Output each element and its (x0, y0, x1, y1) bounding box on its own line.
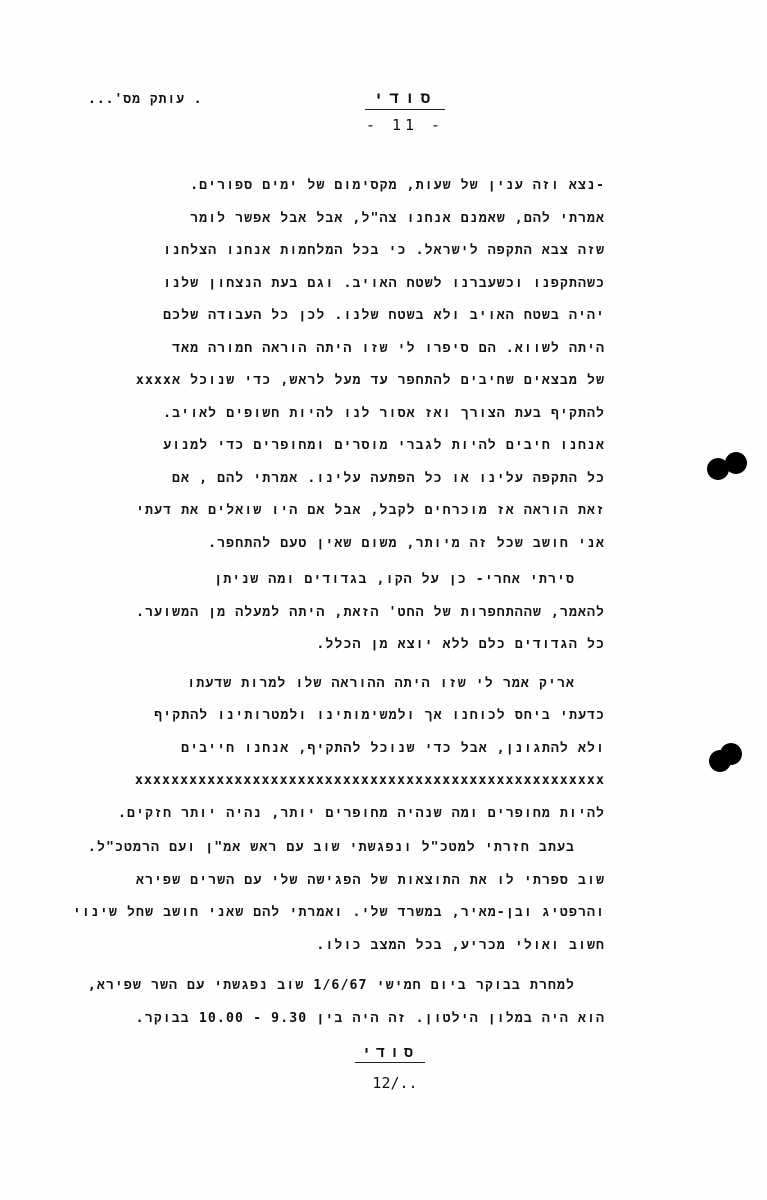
text-line: להתקיף בעת הצורך ואז אסור לנו להיות חשופ… (150, 398, 605, 431)
classification-header: סודי (365, 88, 445, 110)
text-line: בעתב חזרתי למטכ"ל ונפגשתי שוב עם ראש אמ"… (150, 832, 605, 865)
text-line: היתה לשווא. הם סיפרו לי שזו היתה הוראה ח… (150, 333, 605, 366)
classification-footer: סודי (355, 1043, 425, 1063)
text-line: חשוב ואולי מכריע, בכל המצב כולו. (150, 930, 605, 963)
text-line: להאמר, שההתחפרות של החט' הזאת, היתה למעל… (150, 597, 605, 630)
text-line: למחרת בבוקר ביום חמישי 1/6/67 שוב נפגשתי… (150, 970, 605, 1003)
copy-number-marking: . עותק מס'... (88, 92, 203, 107)
text-line: הוא היה במלון הילטון. זה היה בין 9.30 - … (150, 1003, 605, 1036)
text-line: אריק אמר לי שזו היתה ההוראה שלו למרות שד… (150, 668, 605, 701)
text-line: -נצא וזה ענין של שעות, מקסימום של ימים ס… (150, 170, 605, 203)
text-line: שוב ספרתי לו את התוצאות של הפגישה שלי עם… (150, 865, 605, 898)
text-line: אני חושב שכל זה מיותר, משום שאין טעם להת… (150, 528, 605, 561)
text-line: ולא להתגונן, אבל כדי שנוכל להתקיף, אנחנו… (150, 733, 605, 766)
text-line: יהיה בשטח האויב ולא בשטח שלנו. לכן כל הע… (150, 300, 605, 333)
document-body: -נצא וזה ענין של שעות, מקסימום של ימים ס… (150, 170, 605, 1035)
punch-hole-icon (725, 452, 747, 474)
text-line: כל הגדודים כלם ללא יוצא מן הכלל. (150, 629, 605, 662)
text-line: של מבצאים שחיבים להתחפר עד מעל לראש, כדי… (150, 365, 605, 398)
text-line: זאת הוראה אז מוכרחים לקבל, אבל אם היו שו… (150, 495, 605, 528)
page-number: - 11 - (360, 116, 450, 134)
continuation-marker: 12/.. (360, 1074, 430, 1092)
text-line: כל התקפה עלינו או כל הפתעה עלינו. אמרתי … (150, 463, 605, 496)
text-line: כשהתקפנו וכשעברנו לשטח האויב. וגם בעת הנ… (150, 268, 605, 301)
text-line: סירתי אחרי- כן על הקו, בגדודים ומה שניתן (150, 564, 605, 597)
text-line: xxxxxxxxxxxxxxxxxxxxxxxxxxxxxxxxxxxxxxxx… (150, 765, 605, 798)
text-line: שזה צבא התקפה לישראל. כי בכל המלחמות אנח… (150, 235, 605, 268)
text-line: כדעתי ביחס לכוחנו אך ולמשימותינו ולמטרות… (150, 700, 605, 733)
punch-hole-icon (720, 743, 742, 765)
text-line: אנחנו חיבים להיות לגברי מוסרים ומחופרים … (150, 430, 605, 463)
text-line: אמרתי להם, שאמנם אנחנו צה"ל, אבל אבל אפש… (150, 203, 605, 236)
document-page: סודי - 11 - . עותק מס'... -נצא וזה ענין … (0, 0, 767, 1200)
text-line: והרפטיג ובן-מאיר, במשרד שלי. ואמרתי להם … (150, 897, 605, 930)
text-line: להיות מחופרים ומה שנהיה מחופרים יותר, נה… (150, 798, 605, 831)
